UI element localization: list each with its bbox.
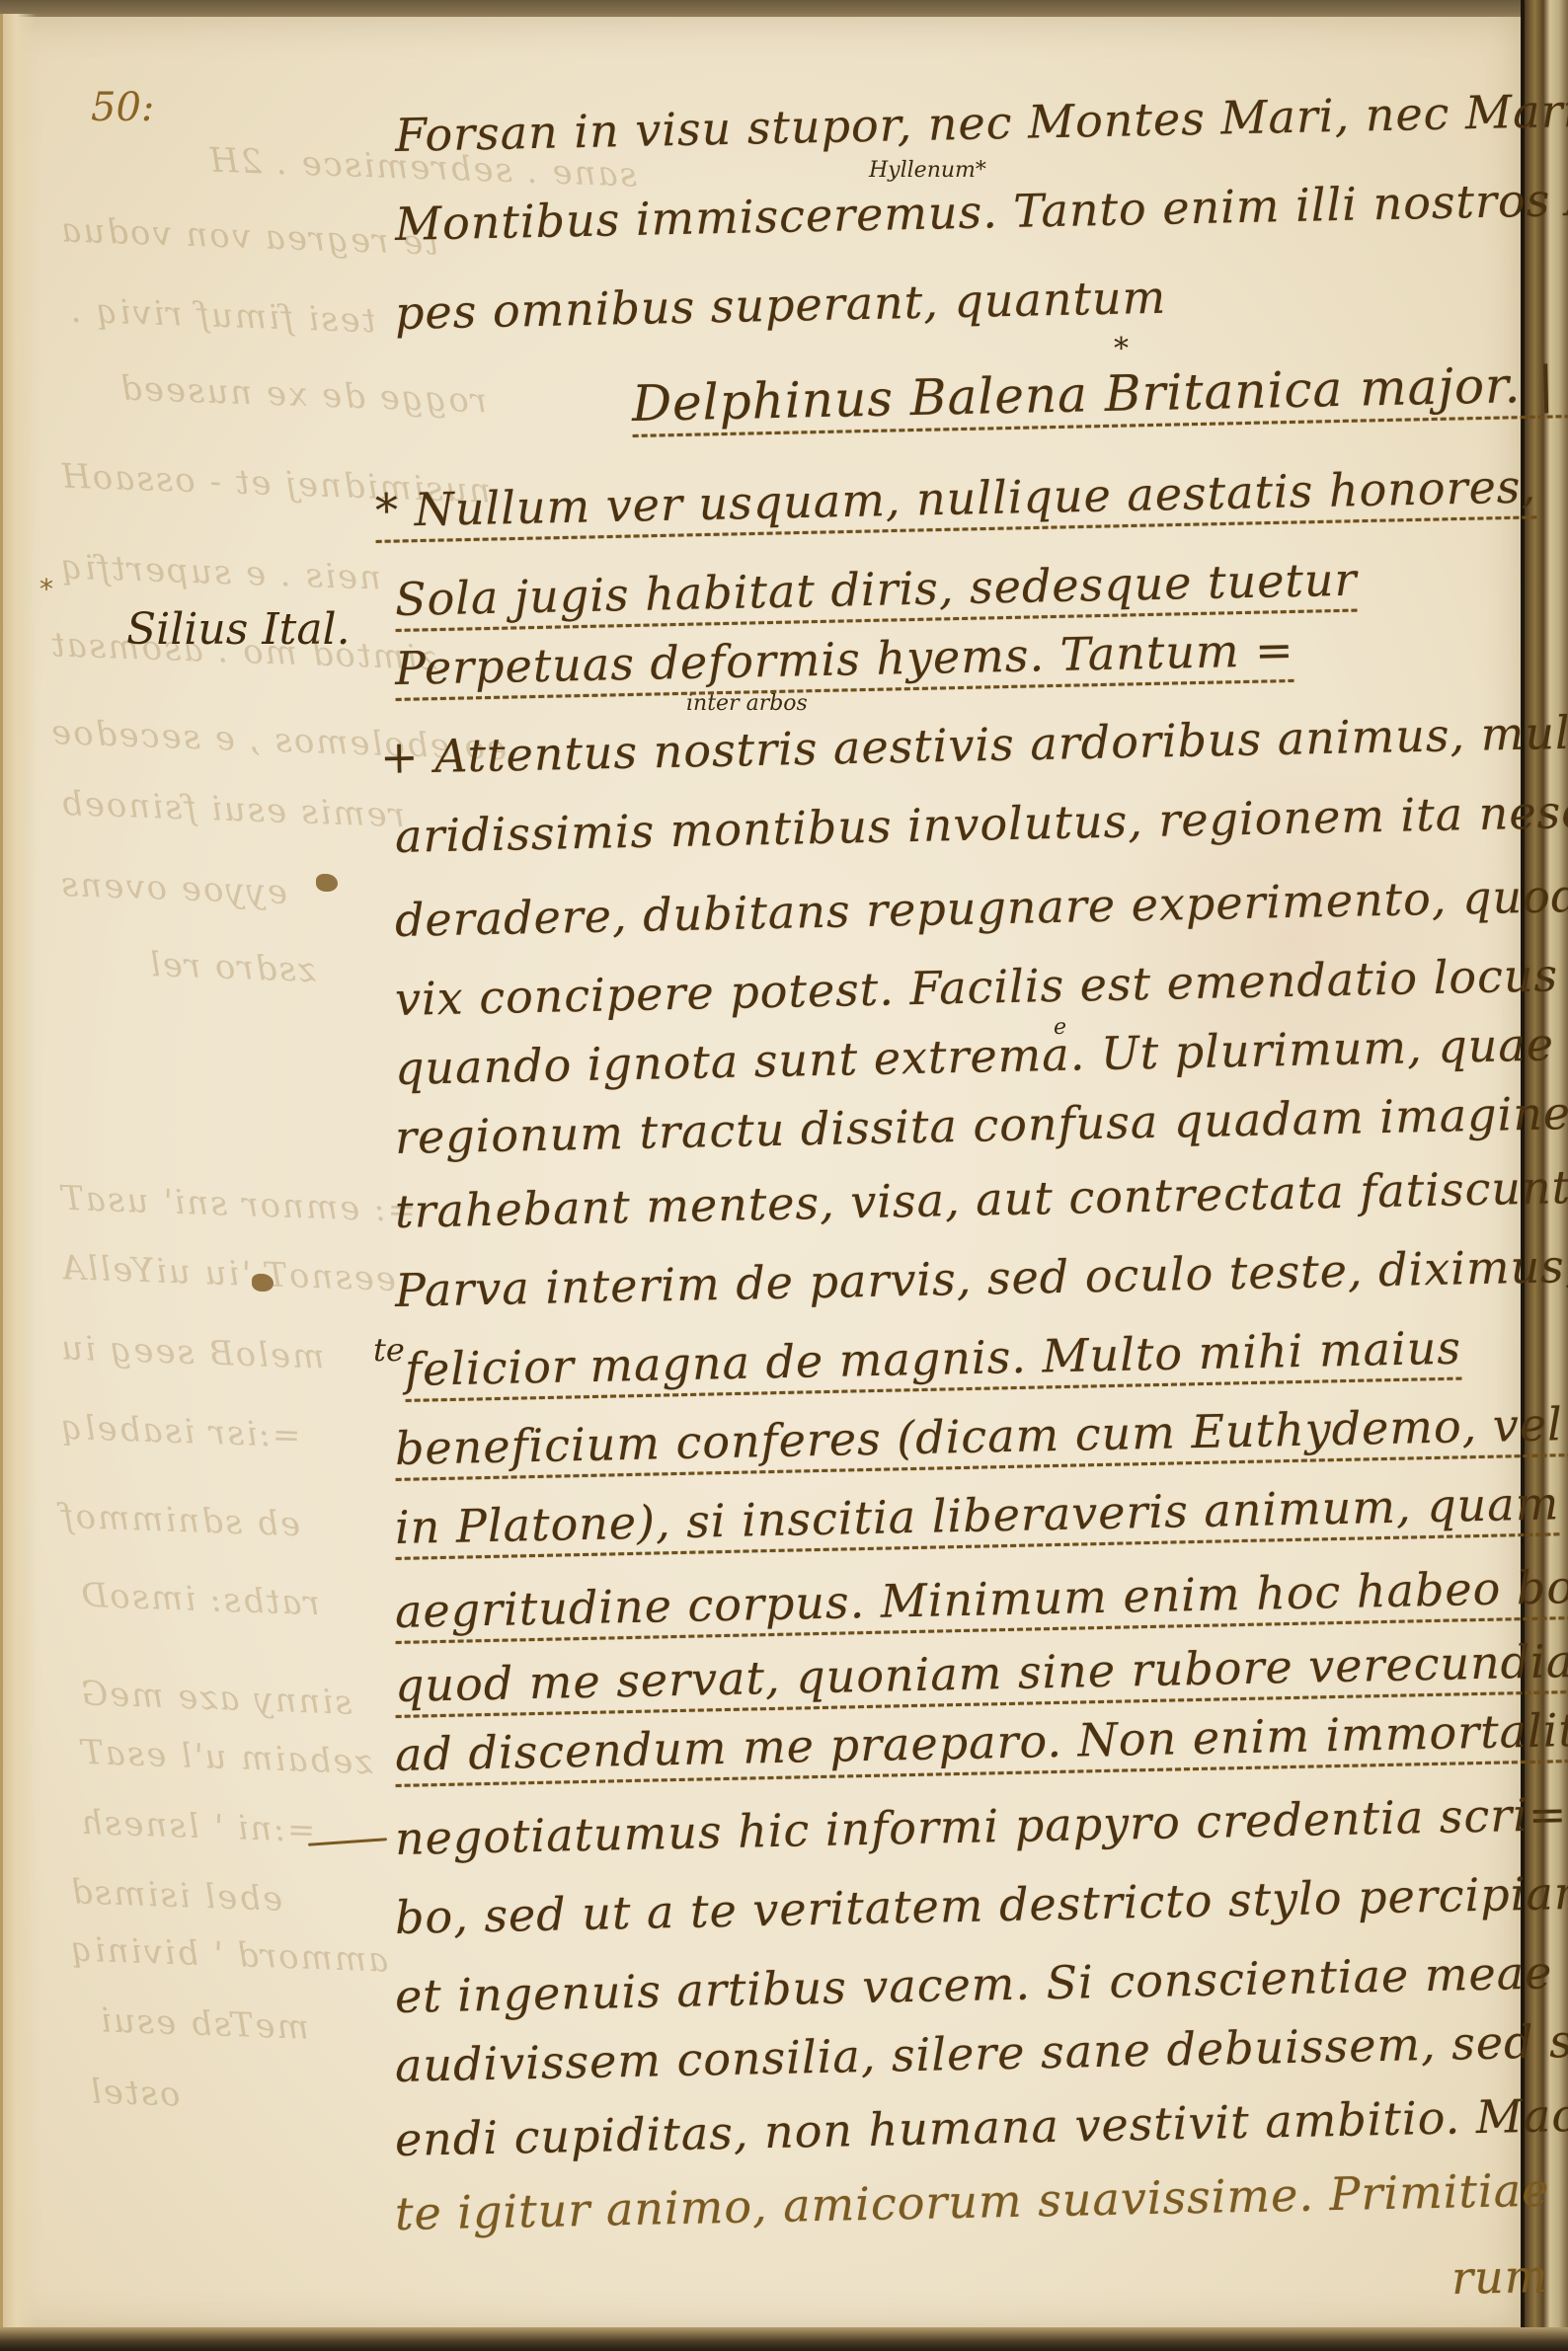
interlinear-insert: inter arbos: [686, 691, 808, 716]
bleed-line: =:ni ' lsnesh: [78, 1803, 316, 1850]
margin-note-silius: Silius Ital.: [126, 604, 351, 655]
interlinear-insert: Hyllenum*: [869, 158, 986, 183]
ink-blot-mark: [252, 1274, 274, 1292]
bleed-line: ostel: [88, 2072, 181, 2114]
folio-number: 50:: [91, 85, 154, 130]
bleed-line: eyyoe ovens: [58, 865, 287, 912]
margin-note-te: te: [373, 1331, 405, 1369]
page-left-edge: [0, 14, 37, 2329]
bleed-line: eb sdnimmof: [58, 1497, 300, 1544]
catchword: rum: [1450, 2249, 1548, 2305]
ink-blot-mark: [316, 874, 338, 892]
interlinear-insert: *: [1114, 332, 1129, 366]
bleed-line: ratbs: imsoD: [78, 1576, 320, 1623]
bleed-line: zsdro rel: [147, 945, 316, 990]
page-bottom-edge: [0, 2327, 1568, 2351]
bleed-line: meTsb esui: [98, 2000, 309, 2047]
bleed-line: =:isr isabelq: [58, 1408, 301, 1456]
asterisk-mark-icon: *: [39, 573, 53, 605]
bleed-line: ebel isimsd: [68, 1872, 283, 1920]
